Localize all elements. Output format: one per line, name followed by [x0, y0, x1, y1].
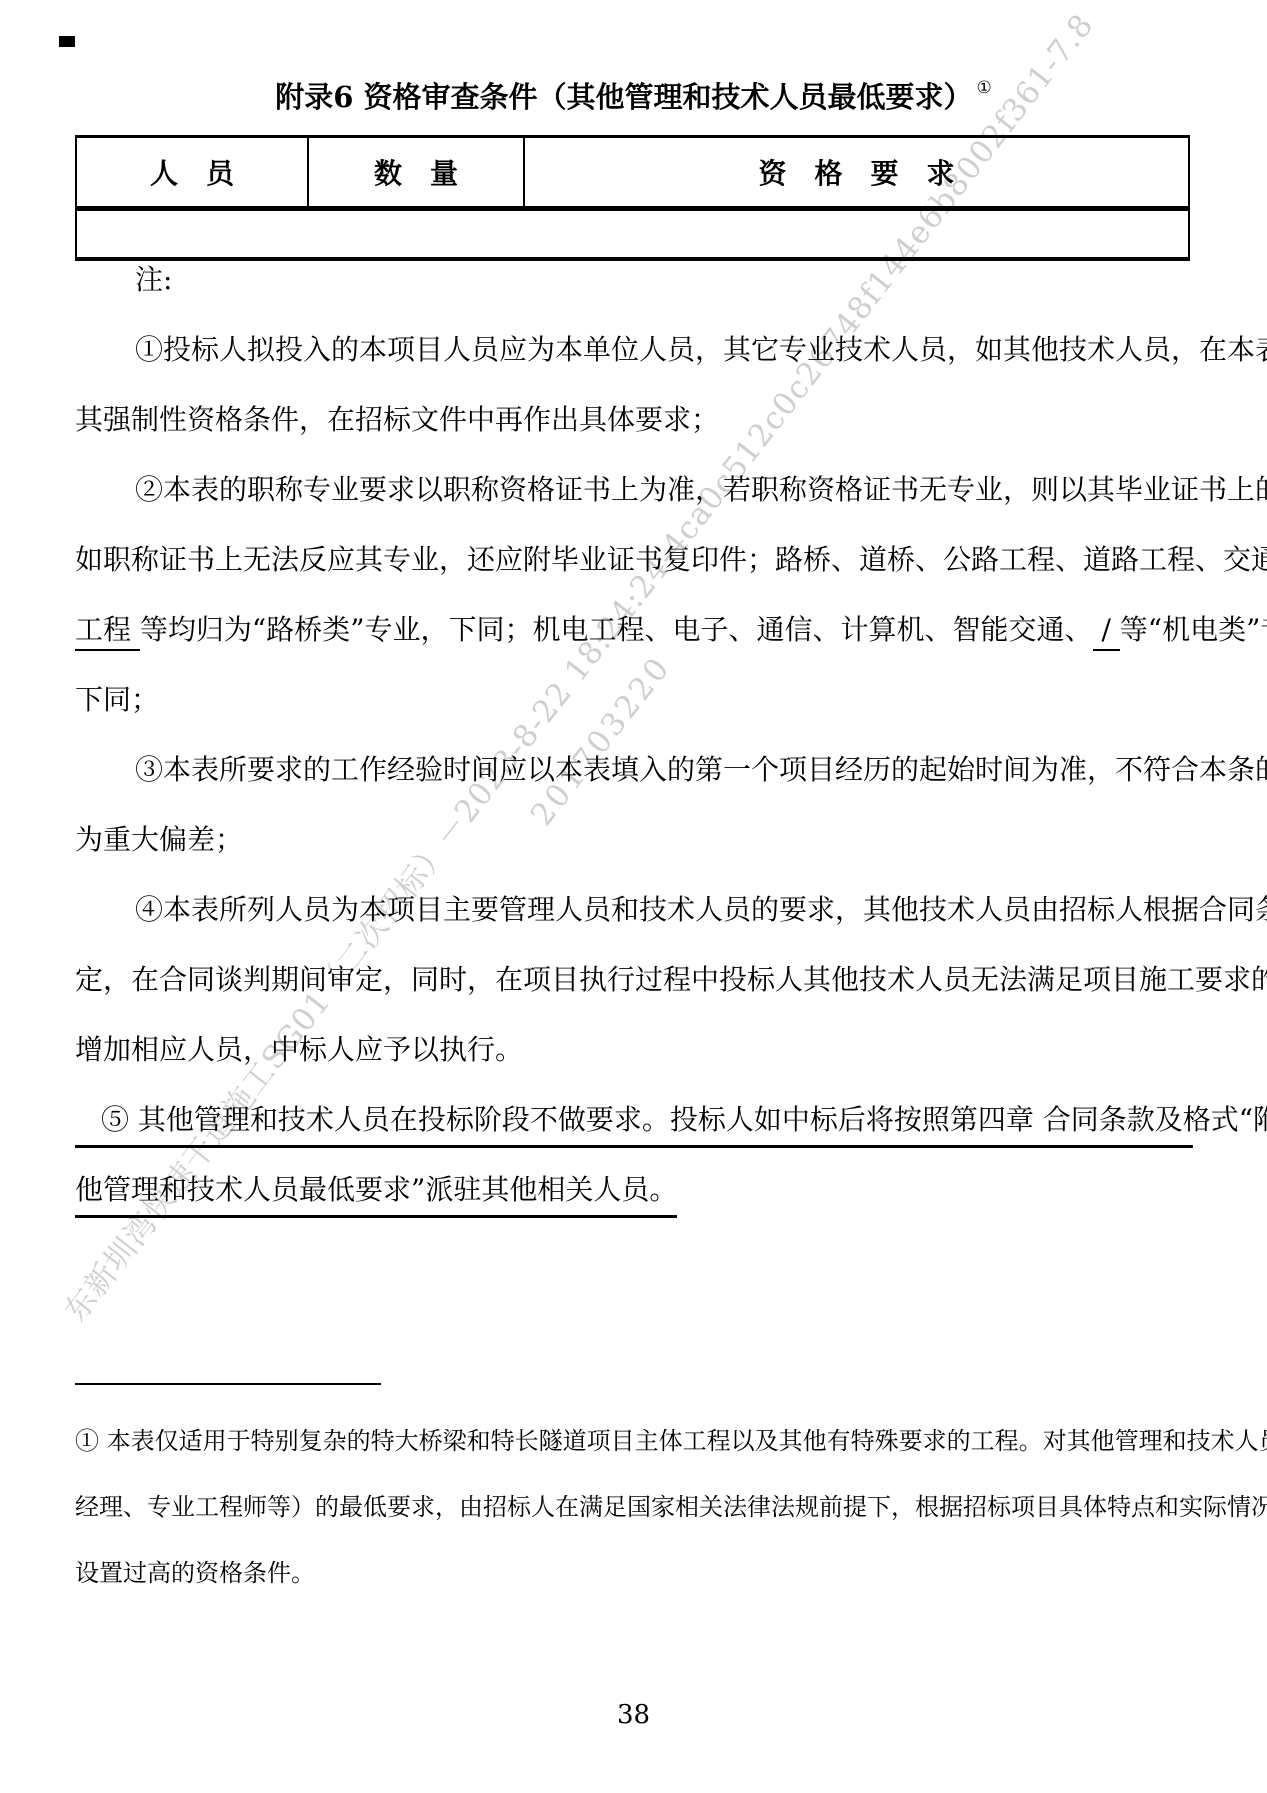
- note-4-line-3: 增加相应人员，中标人应予以执行。: [75, 1015, 1193, 1085]
- note-2-line-3: 工程 等均归为“路桥类”专业，下同；机电工程、电子、通信、计算机、智能交通、 /…: [75, 595, 1193, 665]
- note-2-line-2: 如职称证书上无法反应其专业，还应附毕业证书复印件；路桥、道桥、公路工程、道路工程…: [75, 525, 1193, 595]
- note-5-line-1: ⑤ 其他管理和技术人员在投标阶段不做要求。投标人如中标后将按照第四章 合同条款及…: [75, 1085, 1193, 1155]
- note-2-underlined-slash: /: [1093, 613, 1120, 651]
- col-header-quantity: 数 量: [308, 137, 524, 209]
- col-header-personnel: 人 员: [76, 137, 308, 209]
- notes-section: 注: ①投标人拟投入的本项目人员应为本单位人员，其它专业技术人员，如其他技术人员…: [75, 245, 1193, 1225]
- note-3-line-1: ③本表所要求的工作经验时间应以本表填入的第一个项目经历的起始时间为准，不符合本条…: [75, 735, 1193, 805]
- col-header-qualification: 资 格 要 求: [524, 137, 1189, 209]
- note-2-line-2-text: 如职称证书上无法反应其专业，还应附毕业证书复印件；路桥、道桥、公路工程、道路工程…: [75, 543, 1267, 576]
- title-footnote-ref: ①: [977, 78, 992, 98]
- note-4-line-1: ④本表所列人员为本项目主要管理人员和技术人员的要求，其他技术人员由招标人根据合同…: [75, 875, 1193, 945]
- qualification-table: 人 员 数 量 资 格 要 求: [75, 135, 1190, 261]
- table-header-row: 人 员 数 量 资 格 要 求: [76, 137, 1189, 209]
- corner-mark: [59, 36, 75, 47]
- footnote-section: ① 本表仅适用于特别复杂的特大桥梁和特长隧道项目主体工程以及其他有特殊要求的工程…: [75, 1408, 1193, 1606]
- document-page: 东新圳湾快速干道施工SG01（二次招标）－2023-8-22 18:24:24-…: [0, 0, 1267, 1793]
- note-2-line-1: ②本表的职称专业要求以职称资格证书上为准，若职称资格证书无专业，则以其毕业证书上…: [75, 455, 1193, 525]
- page-title: 附录6 资格审查条件（其他管理和技术人员最低要求）①: [0, 68, 1267, 117]
- page-title-text: 附录6 资格审查条件（其他管理和技术人员最低要求）: [275, 80, 972, 114]
- footnote-separator: [75, 1383, 381, 1385]
- note-1-line-2: 其强制性资格条件，在招标文件中再作出具体要求；: [75, 385, 1193, 455]
- note-5-underlined-line-2: 他管理和技术人员最低要求”派驻其他相关人员。: [75, 1168, 677, 1218]
- footnote-line-1: ① 本表仅适用于特别复杂的特大桥梁和特长隧道项目主体工程以及其他有特殊要求的工程…: [75, 1408, 1193, 1474]
- note-4-line-2: 定，在合同谈判期间审定，同时，在项目执行过程中投标人其他技术人员无法满足项目施工…: [75, 945, 1193, 1015]
- footnote-line-3: 设置过高的资格条件。: [75, 1540, 1193, 1606]
- note-2-underlined-engineering: 工程: [75, 613, 140, 651]
- notes-label: 注:: [75, 245, 1193, 315]
- note-1-line-1: ①投标人拟投入的本项目人员应为本单位人员，其它专业技术人员，如其他技术人员，在本…: [75, 315, 1193, 385]
- note-3-line-2: 为重大偏差；: [75, 805, 1193, 875]
- note-5-underlined-line-1: ⑤ 其他管理和技术人员在投标阶段不做要求。投标人如中标后将按照第四章 合同条款及…: [75, 1098, 1193, 1148]
- note-2-line-3-text-b: 等“机电类”专业，: [1120, 613, 1267, 646]
- footnote-line-2: 经理、专业工程师等）的最低要求，由招标人在满足国家相关法律法规前提下，根据招标项…: [75, 1474, 1193, 1540]
- note-2-line-3-text-a: 等均归为“路桥类”专业，下同；机电工程、电子、通信、计算机、智能交通、: [140, 613, 1093, 646]
- page-number: 38: [0, 1700, 1267, 1730]
- note-5-line-2: 他管理和技术人员最低要求”派驻其他相关人员。: [75, 1155, 1193, 1225]
- note-2-line-4: 下同；: [75, 665, 1193, 735]
